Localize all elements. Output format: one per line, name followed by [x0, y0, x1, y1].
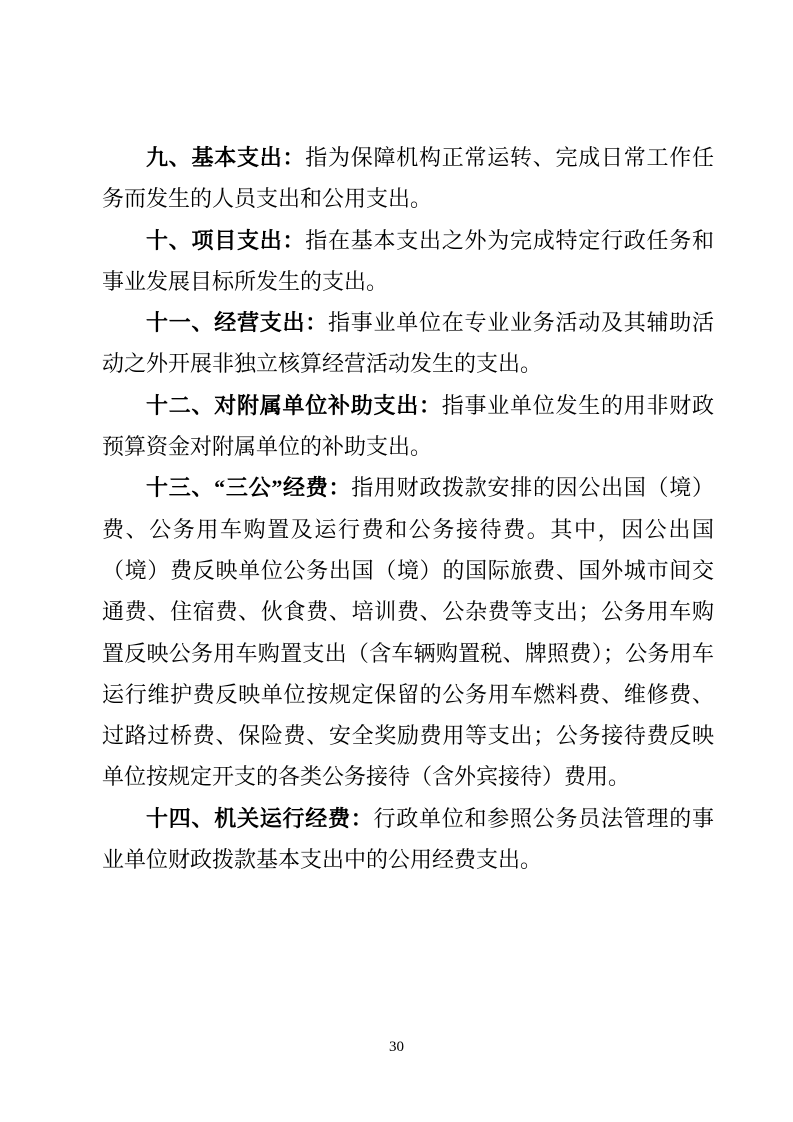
page-number: 30 — [0, 1038, 793, 1056]
definition-paragraph-11: 十一、经营支出：指事业单位在专业业务活动及其辅助活动之外开展非独立核算经营活动发… — [102, 302, 714, 385]
definition-paragraph-12: 十二、对附属单位补助支出：指事业单位发生的用非财政预算资金对附属单位的补助支出。 — [102, 385, 714, 468]
term-label: 九、基本支出： — [146, 145, 305, 170]
term-definition: 指用财政拨款安排的因公出国（境）费、公务用车购置及运行费和公务接待费。其中，因公… — [102, 475, 714, 789]
definition-paragraph-10: 十、项目支出：指在基本支出之外为完成特定行政任务和事业发展目标所发生的支出。 — [102, 220, 714, 303]
definition-paragraph-13: 十三、“三公”经费：指用财政拨款安排的因公出国（境）费、公务用车购置及运行费和公… — [102, 467, 714, 797]
term-label: 十、项目支出： — [146, 228, 305, 253]
term-label: 十三、“三公”经费： — [146, 475, 351, 500]
term-label: 十四、机关运行经费： — [146, 806, 374, 831]
definition-paragraph-14: 十四、机关运行经费：行政单位和参照公务员法管理的事业单位财政拨款基本支出中的公用… — [102, 798, 714, 881]
term-label: 十一、经营支出： — [146, 310, 328, 335]
term-label: 十二、对附属单位补助支出： — [146, 393, 442, 418]
document-body: 九、基本支出：指为保障机构正常运转、完成日常工作任务而发生的人员支出和公用支出。… — [102, 137, 714, 880]
document-page: 九、基本支出：指为保障机构正常运转、完成日常工作任务而发生的人员支出和公用支出。… — [0, 0, 793, 1122]
definition-paragraph-9: 九、基本支出：指为保障机构正常运转、完成日常工作任务而发生的人员支出和公用支出。 — [102, 137, 714, 220]
